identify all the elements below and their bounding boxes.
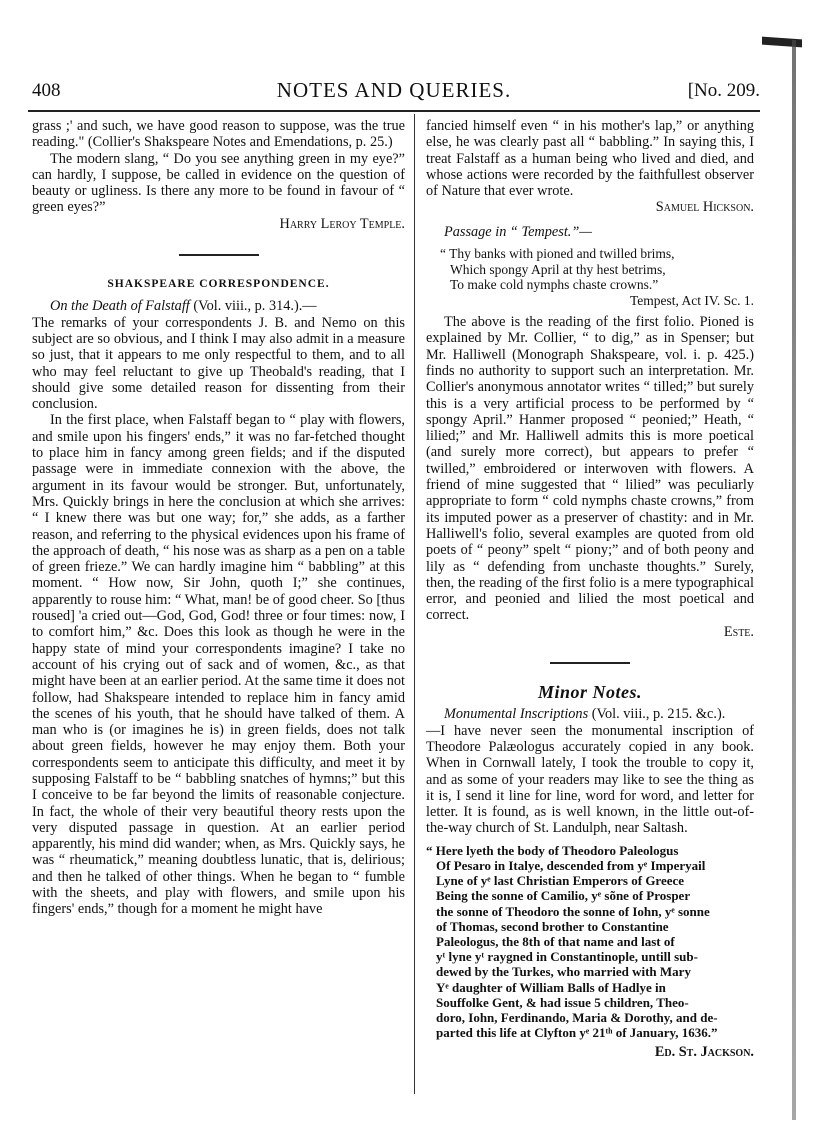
section-rule: [550, 662, 630, 664]
running-header: 408 NOTES AND QUERIES. [No. 209.: [28, 76, 760, 106]
paragraph: The above is the reading of the first fo…: [426, 314, 754, 624]
inscription-line: of Thomas, second brother to Constantine: [426, 919, 754, 934]
right-column: fancied himself even “ in his mother's l…: [426, 118, 754, 1061]
verse-line: Which spongy April at thy hest betrims,: [440, 262, 754, 278]
article-heading: Monumental Inscriptions: [444, 706, 588, 722]
column-divider: [414, 114, 415, 1094]
signature: Ed. St. Jackson.: [426, 1044, 754, 1060]
inscription-line: Of Pesaro in Italye, descended from yᵉ I…: [426, 858, 754, 873]
article-heading: On the Death of Falstaff: [50, 298, 190, 314]
article-heading-line: On the Death of Falstaff (Vol. viii., p.…: [32, 298, 405, 314]
paragraph: —I have never seen the monumental inscri…: [426, 723, 754, 837]
issue-number: [No. 209.: [688, 80, 760, 102]
page-edge-shadow: [762, 37, 802, 48]
signature: Harry Leroy Temple.: [32, 216, 405, 232]
header-rule: [28, 110, 760, 112]
verse-quote: “ Thy banks with pioned and twilled brim…: [440, 246, 754, 308]
paragraph: The modern slang, “ Do you see anything …: [32, 151, 405, 216]
inscription-line: Lyne of yᵉ last Christian Emperors of Gr…: [426, 873, 754, 888]
section-title: SHAKSPEARE CORRESPONDENCE.: [32, 276, 405, 292]
inscription-quote: “ Here lyeth the body of Theodoro Paleol…: [426, 843, 754, 1041]
inscription-line: Yᵉ daughter of William Balls of Hadlye i…: [426, 980, 754, 995]
journal-title: NOTES AND QUERIES.: [28, 78, 760, 103]
inscription-line: the sonne of Theodoro the sonne of Iohn,…: [426, 904, 754, 919]
paragraph: In the first place, when Falstaff began …: [32, 412, 405, 917]
paragraph: fancied himself even “ in his mother's l…: [426, 118, 754, 199]
verse-line: “ Thy banks with pioned and twilled brim…: [440, 246, 754, 262]
paragraph: The remarks of your correspondents J. B.…: [32, 315, 405, 413]
signature: Samuel Hickson.: [426, 199, 754, 215]
inscription-line: doro, Iohn, Ferdinando, Maria & Dorothy,…: [426, 1010, 754, 1025]
inscription-line: Paleologus, the 8th of that name and las…: [426, 934, 754, 949]
inscription-line: “ Here lyeth the body of Theodoro Paleol…: [426, 843, 754, 858]
signature: Este.: [426, 624, 754, 640]
left-column: grass ;' and such, we have good reason t…: [32, 118, 405, 918]
journal-page: 408 NOTES AND QUERIES. [No. 209. grass ;…: [28, 0, 760, 1144]
verse-citation: Tempest, Act IV. Sc. 1.: [440, 293, 754, 309]
inscription-line: dewed by the Turkes, who married with Ma…: [426, 964, 754, 979]
verse-line: To make cold nymphs chaste crowns.”: [440, 277, 754, 293]
paragraph: grass ;' and such, we have good reason t…: [32, 118, 405, 151]
article-reference: (Vol. viii., p. 215. &c.).: [592, 706, 726, 722]
inscription-line: parted this life at Clyfton yᵉ 21ᵗʰ of J…: [426, 1025, 754, 1040]
section-title: Minor Notes.: [426, 684, 754, 700]
inscription-line: Souffolke Gent, & had issue 5 children, …: [426, 995, 754, 1010]
article-reference: (Vol. viii., p. 314.).—: [193, 298, 316, 314]
article-heading: Passage in “ Tempest.”—: [444, 224, 592, 240]
section-rule: [179, 254, 259, 256]
page-edge-line: [792, 40, 796, 1120]
inscription-line: Being the sonne of Camilio, yᵉ sõne of …: [426, 888, 754, 903]
inscription-line: yᵗ lyne yᵗ raygned in Constantinople, un…: [426, 949, 754, 964]
article-heading-line: Monumental Inscriptions (Vol. viii., p. …: [426, 706, 754, 722]
